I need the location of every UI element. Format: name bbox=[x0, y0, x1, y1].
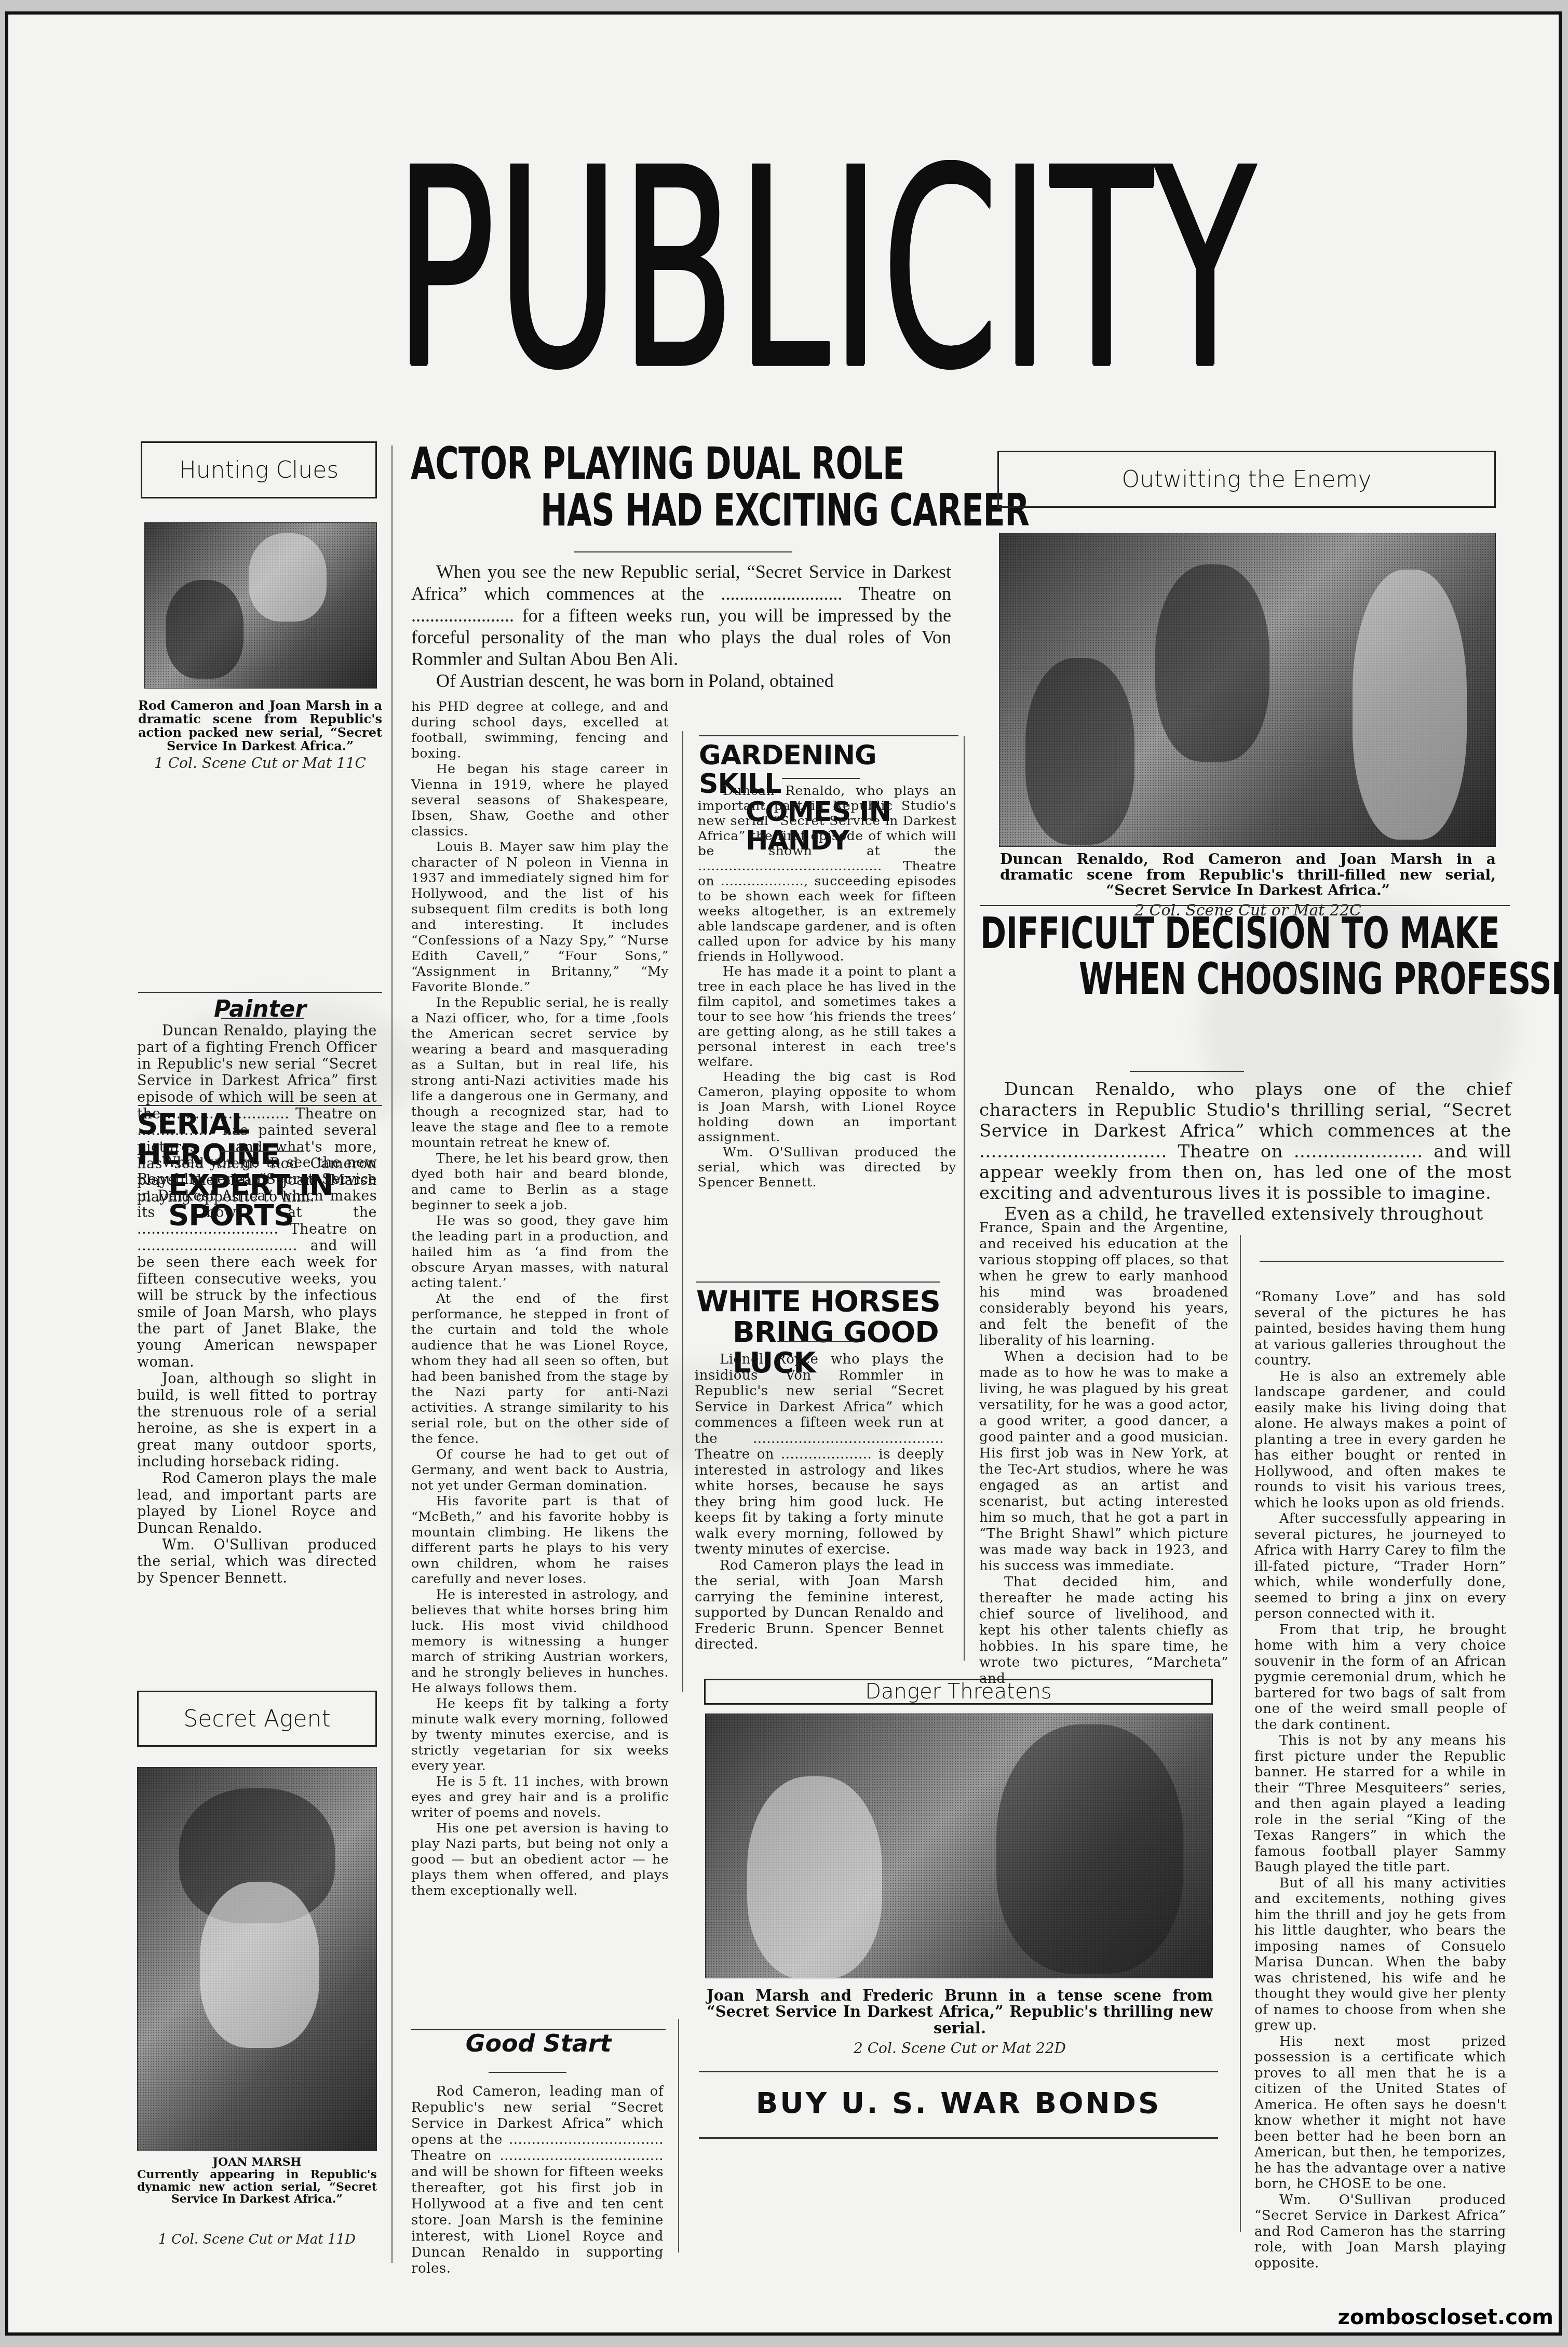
good-start-body: Rod Cameron, leading man of Republic's n… bbox=[411, 2084, 664, 2277]
divider bbox=[696, 1282, 940, 1283]
divider bbox=[1130, 1071, 1244, 1072]
difficult-decision-headline: DIFFICULT DECISION TO MAKE WHEN CHOOSING… bbox=[980, 910, 1515, 1002]
actor-dual-role-body: his PHD degree at college, and and durin… bbox=[411, 699, 669, 1898]
masthead-title: PUBLICITY bbox=[395, 131, 1258, 407]
divider bbox=[699, 2071, 1218, 2072]
divider bbox=[489, 2072, 566, 2073]
outwitting-photo bbox=[999, 533, 1496, 847]
secret-agent-header: Secret Agent bbox=[137, 1691, 377, 1747]
divider bbox=[221, 1018, 304, 1019]
secret-agent-mat: 1 Col. Scene Cut or Mat 11D bbox=[137, 2232, 377, 2247]
war-bonds-banner: BUY U. S. WAR BONDS bbox=[699, 2086, 1218, 2120]
divider bbox=[138, 1105, 382, 1106]
gardening-body: Duncan Renaldo, who plays an important p… bbox=[698, 783, 956, 1190]
danger-threatens-caption: Joan Marsh and Frederic Brunn in a tense… bbox=[707, 1988, 1213, 2036]
difficult-decision-lead: Duncan Renaldo, who plays one of the chi… bbox=[979, 1079, 1511, 1224]
outwitting-caption: Duncan Renaldo, Rod Cameron and Joan Mar… bbox=[1000, 852, 1496, 899]
hunting-clues-header: Hunting Clues bbox=[141, 441, 377, 498]
divider bbox=[777, 1341, 855, 1342]
outwitting-header: Outwitting the Enemy bbox=[997, 451, 1496, 508]
divider bbox=[782, 778, 860, 779]
danger-threatens-mat: 2 Col. Scene Cut or Mat 22D bbox=[707, 2040, 1213, 2057]
column-rule bbox=[964, 736, 965, 1661]
serial-heroine-body: When you go to see the new Republic seri… bbox=[137, 1155, 377, 1587]
masthead: PUBLICITY bbox=[138, 118, 1514, 420]
divider bbox=[574, 551, 792, 552]
publicity-sheet: PUBLICITY Hunting Clues Rod Cameron and … bbox=[5, 11, 1562, 2336]
good-start-title: Good Start bbox=[411, 2029, 666, 2057]
divider bbox=[699, 735, 958, 736]
divider bbox=[1260, 1261, 1504, 1262]
danger-threatens-photo bbox=[705, 1714, 1213, 1978]
divider bbox=[980, 905, 1510, 906]
divider bbox=[221, 1151, 304, 1152]
hunting-clues-photo bbox=[144, 522, 377, 689]
actor-dual-role-headline: ACTOR PLAYING DUAL ROLE HAS HAD EXCITING… bbox=[411, 440, 956, 534]
difficult-decision-col2: “Romany Love” and has sold several of th… bbox=[1254, 1289, 1506, 2271]
column-rule bbox=[1240, 1235, 1241, 2232]
hunting-clues-mat: 1 Col. Scene Cut or Mat 11C bbox=[138, 754, 382, 772]
site-watermark: zomboscloset.com bbox=[1338, 2305, 1553, 2329]
hunting-clues-title: Hunting Clues bbox=[179, 457, 339, 483]
secret-agent-title: Secret Agent bbox=[183, 1706, 330, 1732]
difficult-decision-col1: France, Spain and the Argentine, and rec… bbox=[979, 1220, 1228, 1687]
secret-agent-caption: JOAN MARSH Currently appearing in Republ… bbox=[137, 2156, 377, 2206]
secret-agent-photo bbox=[137, 1767, 377, 2151]
column-rule bbox=[678, 2019, 679, 2252]
hunting-clues-caption: Rod Cameron and Joan Marsh in a dramatic… bbox=[138, 699, 382, 753]
divider bbox=[138, 992, 382, 993]
actor-dual-role-lead: When you see the new Republic serial, “S… bbox=[411, 561, 951, 692]
column-rule bbox=[682, 731, 683, 1692]
column-rule bbox=[391, 446, 393, 2263]
outwitting-title: Outwitting the Enemy bbox=[1122, 466, 1372, 493]
white-horses-body: Lionel Royce who plays the insidious Von… bbox=[695, 1352, 944, 1653]
divider bbox=[699, 2137, 1218, 2139]
